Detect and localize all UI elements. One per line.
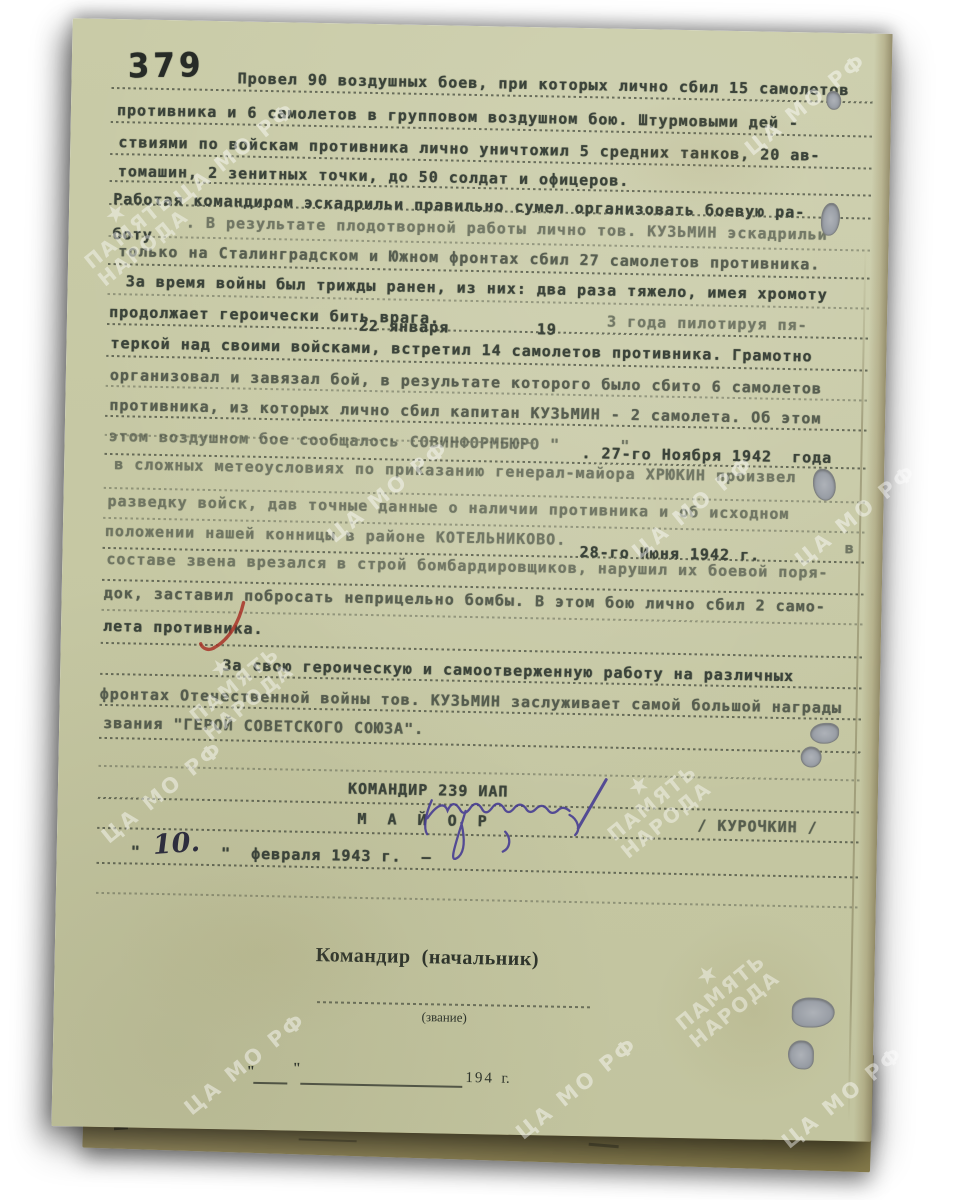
handwritten-day: 10.: [152, 827, 201, 861]
paper-hole: [826, 91, 841, 110]
typed-line: этом воздушном бое сообщалось СОВИНФОРМБ…: [109, 427, 631, 455]
paper-hole: [821, 203, 841, 236]
pencil-mark: [589, 1143, 619, 1148]
form-year-suffix: г.: [501, 1071, 510, 1088]
form-rank-caption: (звание): [421, 1009, 467, 1026]
paper-hole: [788, 1040, 815, 1069]
typed-line: 19: [537, 320, 557, 338]
typed-line: звания "ГЕРОЙ СОВЕТСКОГО СОЮЗА".: [103, 714, 424, 738]
form-month-line: [300, 1083, 462, 1088]
red-checkmark: [198, 599, 253, 658]
scanned-document: 379 Провел 90 воздушных боев, при которы…: [0, 0, 960, 1200]
paper-hole: [800, 746, 821, 767]
paper-hole: [813, 469, 837, 501]
signature-ink: [412, 770, 624, 879]
page-number-stamp: 379: [128, 46, 205, 86]
typed-line: 22 января: [359, 317, 450, 337]
form-year: 194: [465, 1070, 494, 1088]
watermark-camo: ЦА МО РФ: [511, 1032, 642, 1144]
watermark-camo: ЦА МО РФ: [790, 459, 921, 571]
signature-name: / КУРОЧКИН /: [697, 816, 818, 836]
paper-hole: [810, 723, 839, 745]
typed-line: 3 года пилотируя пя-: [607, 313, 808, 335]
paper-stain: [113, 859, 416, 1045]
form-day-line: [253, 1082, 287, 1085]
document-page: 379 Провел 90 воздушных боев, при которы…: [51, 18, 892, 1142]
pencil-mark: [299, 1138, 357, 1142]
typed-line: в: [845, 539, 855, 557]
form-quote-close: ": [292, 1061, 301, 1078]
